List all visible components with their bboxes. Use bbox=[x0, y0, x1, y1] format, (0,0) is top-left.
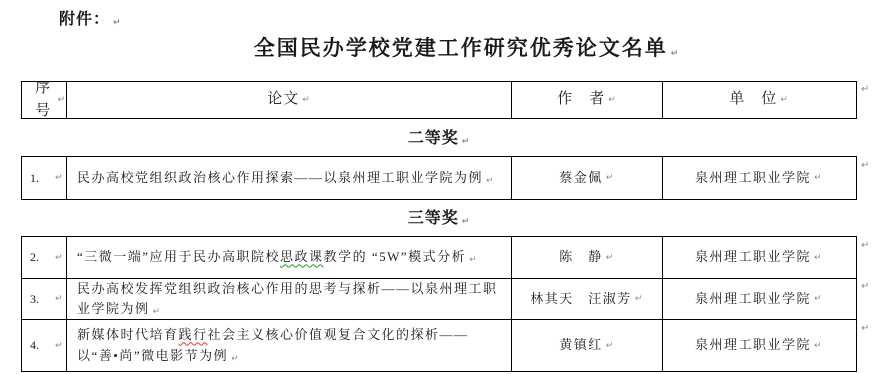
row-end-mark-icon: ↵ bbox=[861, 240, 869, 251]
table-header: 序号↵ 论文↵ 作 者↵ 单 位↵ bbox=[21, 81, 857, 119]
paper-title-cell: 新媒体时代培育践行社会主义核心价值观复合文化的探析——以“善•尚”微电影节为例↵ bbox=[67, 320, 512, 371]
attachment-label-text: 附件： bbox=[59, 11, 110, 28]
row-number-cell: 3.↵ bbox=[22, 279, 67, 319]
author-cell: 黄镇红↵ bbox=[512, 320, 663, 371]
section-label-second-prize: 二等奖↵ bbox=[21, 125, 857, 148]
paragraph-mark-icon: ↵ bbox=[55, 293, 63, 307]
row-end-mark-icon: ↵ bbox=[861, 281, 869, 292]
table-row: 4.↵ 新媒体时代培育践行社会主义核心价值观复合文化的探析——以“善•尚”微电影… bbox=[22, 319, 856, 371]
paragraph-mark-icon: ↵ bbox=[814, 340, 823, 354]
spellcheck-squiggle-red: 践行 bbox=[179, 327, 208, 342]
paragraph-mark-icon: ↵ bbox=[814, 293, 823, 307]
attachment-label: 附件：↵ bbox=[59, 6, 122, 29]
table-row: 2.↵ “三微一端”应用于民办高职院校思政课教学的 “5W”模式分析↵ 陈 静↵… bbox=[22, 237, 856, 278]
spellcheck-squiggle-green: 思政课 bbox=[280, 249, 324, 264]
third-prize-table: 2.↵ “三微一端”应用于民办高职院校思政课教学的 “5W”模式分析↵ 陈 静↵… bbox=[21, 236, 857, 372]
paragraph-mark-icon: ↵ bbox=[113, 18, 122, 28]
header-cell-no: 序号↵ bbox=[22, 82, 67, 118]
paragraph-mark-icon: ↵ bbox=[462, 217, 471, 227]
row-number-cell: 2.↵ bbox=[22, 237, 67, 278]
paragraph-mark-icon: ↵ bbox=[55, 340, 63, 354]
unit-cell: 泉州理工职业学院↵ bbox=[663, 157, 855, 199]
row-end-mark-icon: ↵ bbox=[861, 323, 869, 334]
author-cell: 蔡金佩↵ bbox=[512, 157, 663, 199]
row-number-cell: 1.↵ bbox=[22, 157, 67, 199]
unit-cell: 泉州理工职业学院↵ bbox=[663, 279, 855, 319]
table-row: 3.↵ 民办高校发挥党组织政治核心作用的思考与探析——以泉州理工职业学院为例↵ … bbox=[22, 278, 856, 319]
paragraph-mark-icon: ↵ bbox=[606, 252, 615, 266]
paragraph-mark-icon: ↵ bbox=[153, 307, 162, 317]
document-page: { "document": { "attachment_label": "附件：… bbox=[0, 0, 878, 374]
page-title: 全国民办学校党建工作研究优秀论文名单↵ bbox=[49, 32, 878, 62]
author-cell: 林其天 汪淑芳↵ bbox=[512, 279, 663, 319]
paper-title-cell: 民办高校党组织政治核心作用探索——以泉州理工职业学院为例↵ bbox=[67, 157, 512, 199]
paragraph-mark-icon: ↵ bbox=[302, 94, 311, 108]
row-number-cell: 4.↵ bbox=[22, 320, 67, 371]
paragraph-mark-icon: ↵ bbox=[486, 176, 495, 186]
paragraph-mark-icon: ↵ bbox=[814, 172, 823, 186]
paragraph-mark-icon: ↵ bbox=[57, 94, 66, 108]
paragraph-mark-icon: ↵ bbox=[814, 252, 823, 266]
section-label-third-prize: 三等奖↵ bbox=[21, 205, 857, 228]
paragraph-mark-icon: ↵ bbox=[469, 255, 478, 265]
paragraph-mark-icon: ↵ bbox=[635, 293, 644, 307]
paragraph-mark-icon: ↵ bbox=[780, 94, 789, 108]
page-title-text: 全国民办学校党建工作研究优秀论文名单 bbox=[254, 36, 668, 60]
row-end-mark-icon: ↵ bbox=[861, 160, 869, 171]
paragraph-mark-icon: ↵ bbox=[606, 340, 615, 354]
paragraph-mark-icon: ↵ bbox=[608, 94, 617, 108]
unit-cell: 泉州理工职业学院↵ bbox=[663, 320, 855, 371]
table-row: 1.↵ 民办高校党组织政治核心作用探索——以泉州理工职业学院为例↵ 蔡金佩↵ 泉… bbox=[22, 157, 856, 199]
table-header-row: 序号↵ 论文↵ 作 者↵ 单 位↵ bbox=[22, 82, 856, 118]
paragraph-mark-icon: ↵ bbox=[606, 172, 615, 186]
paragraph-mark-icon: ↵ bbox=[55, 252, 63, 266]
paragraph-mark-icon: ↵ bbox=[55, 172, 63, 186]
header-cell-author: 作 者↵ bbox=[512, 82, 663, 118]
header-cell-unit: 单 位↵ bbox=[663, 82, 855, 118]
paragraph-mark-icon: ↵ bbox=[462, 137, 471, 147]
unit-cell: 泉州理工职业学院↵ bbox=[663, 237, 855, 278]
paragraph-mark-icon: ↵ bbox=[671, 49, 681, 59]
second-prize-table: 1.↵ 民办高校党组织政治核心作用探索——以泉州理工职业学院为例↵ 蔡金佩↵ 泉… bbox=[21, 156, 857, 200]
paper-title-cell: “三微一端”应用于民办高职院校思政课教学的 “5W”模式分析↵ bbox=[67, 237, 512, 278]
author-cell: 陈 静↵ bbox=[512, 237, 663, 278]
row-end-mark-icon: ↵ bbox=[861, 84, 869, 95]
header-cell-paper: 论文↵ bbox=[67, 82, 512, 118]
paper-title-cell: 民办高校发挥党组织政治核心作用的思考与探析——以泉州理工职业学院为例↵ bbox=[67, 279, 512, 319]
paragraph-mark-icon: ↵ bbox=[231, 354, 240, 364]
